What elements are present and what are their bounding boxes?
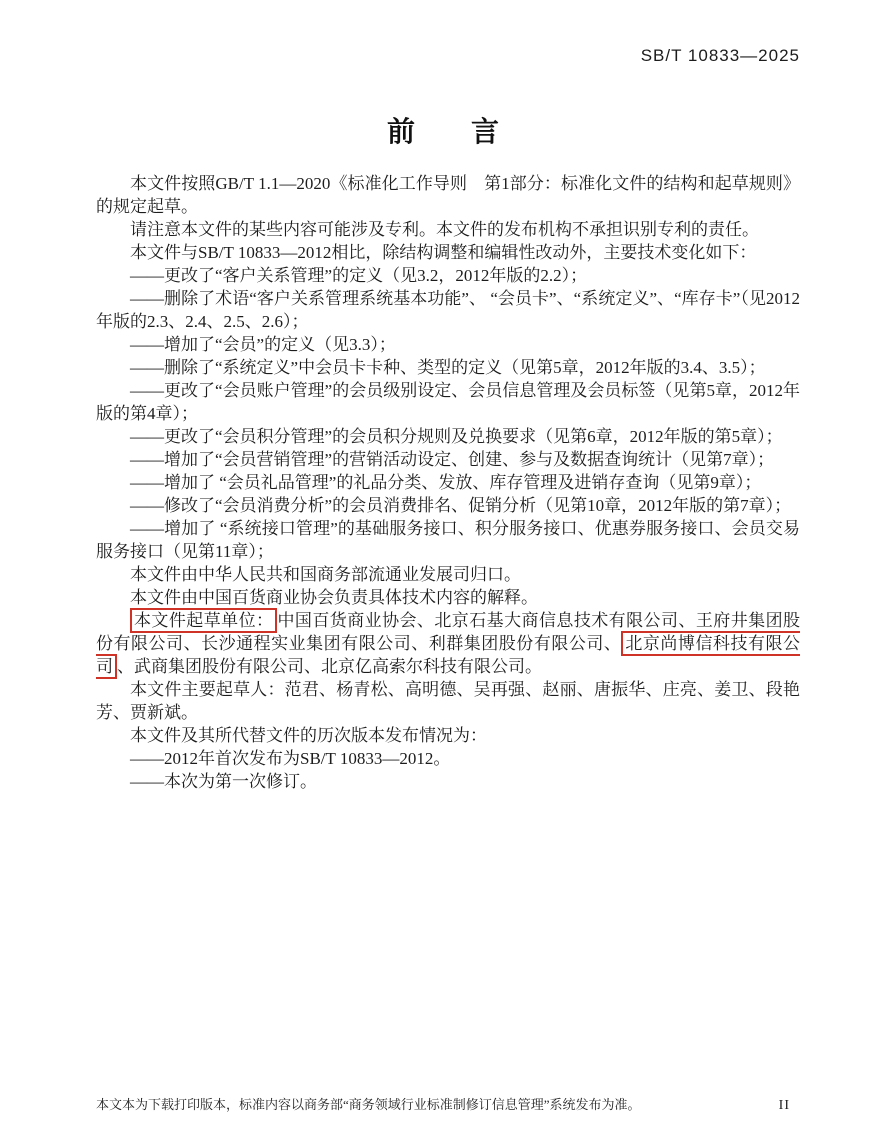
page-title: 前 言 [0, 110, 886, 150]
page-number: II [779, 1098, 790, 1114]
change-item: ——增加了 “系统接口管理”的基础服务接口、积分服务接口、优惠券服务接口、会员交… [96, 517, 800, 563]
paragraph-changes-intro: 本文件与SB/T 10833—2012相比，除结构调整和编辑性改动外，主要技术变… [96, 241, 800, 264]
foreword-content: 本文件按照GB/T 1.1—2020《标准化工作导则 第1部分：标准化文件的结构… [96, 172, 800, 793]
page-header: SB/T 10833—2025 [641, 46, 800, 66]
change-item: ——增加了“会员营销管理”的营销活动设定、创建、参与及数据查询统计（见第7章）； [96, 448, 800, 471]
footer-note: 本文本为下载打印版本，标准内容以商务部“商务领域行业标准制修订信息管理”系统发布… [96, 1094, 641, 1113]
change-item: ——更改了“会员账户管理”的会员级别设定、会员信息管理及会员标签（见第5章，20… [96, 379, 800, 425]
history-item: ——本次为第一次修订。 [96, 770, 800, 793]
change-item: ——更改了“客户关系管理”的定义（见3.2，2012年版的2.2）； [96, 264, 800, 287]
change-item: ——增加了 “会员礼品管理”的礼品分类、发放、库存管理及进销存查询（见第9章）； [96, 471, 800, 494]
history-item: ——2012年首次发布为SB/T 10833—2012。 [96, 747, 800, 770]
paragraph-drafting-org: 本文件起草单位：中国百货商业协会、北京石基大商信息技术有限公司、王府井集团股份有… [96, 609, 800, 678]
paragraph-patent-notice: 请注意本文件的某些内容可能涉及专利。本文件的发布机构不承担识别专利的责任。 [96, 218, 800, 241]
standard-number: SB/T 10833—2025 [641, 46, 800, 65]
paragraph-drafting-basis: 本文件按照GB/T 1.1—2020《标准化工作导则 第1部分：标准化文件的结构… [96, 172, 800, 218]
paragraph-history-intro: 本文件及其所代替文件的历次版本发布情况为： [96, 724, 800, 747]
document-page: SB/T 10833—2025 前 言 本文件按照GB/T 1.1—2020《标… [0, 0, 886, 1130]
drafting-org-list-part2: 、武商集团股份有限公司、北京亿高索尔科技有限公司。 [117, 657, 542, 676]
paragraph-drafters: 本文件主要起草人：范君、杨青松、高明德、吴再强、赵丽、唐振华、庄亮、姜卫、段艳芳… [96, 678, 800, 724]
page-footer: 本文本为下载打印版本，标准内容以商务部“商务领域行业标准制修订信息管理”系统发布… [96, 1094, 790, 1114]
change-item: ——更改了“会员积分管理”的会员积分规则及兑换要求（见第6章，2012年版的第5… [96, 425, 800, 448]
change-item: ——增加了“会员”的定义（见3.3）； [96, 333, 800, 356]
change-item: ——删除了“系统定义”中会员卡卡种、类型的定义（见第5章，2012年版的3.4、… [96, 356, 800, 379]
paragraph-interpreted-by: 本文件由中国百货商业协会负责具体技术内容的解释。 [96, 586, 800, 609]
paragraph-centralized-by: 本文件由中华人民共和国商务部流通业发展司归口。 [96, 563, 800, 586]
highlight-box-drafting-org-label: 本文件起草单位： [130, 608, 277, 633]
change-item: ——修改了“会员消费分析”的会员消费排名、促销分析（见第10章，2012年版的第… [96, 494, 800, 517]
change-item: ——删除了术语“客户关系管理系统基本功能”、 “会员卡”、“系统定义”、“库存卡… [96, 287, 800, 333]
